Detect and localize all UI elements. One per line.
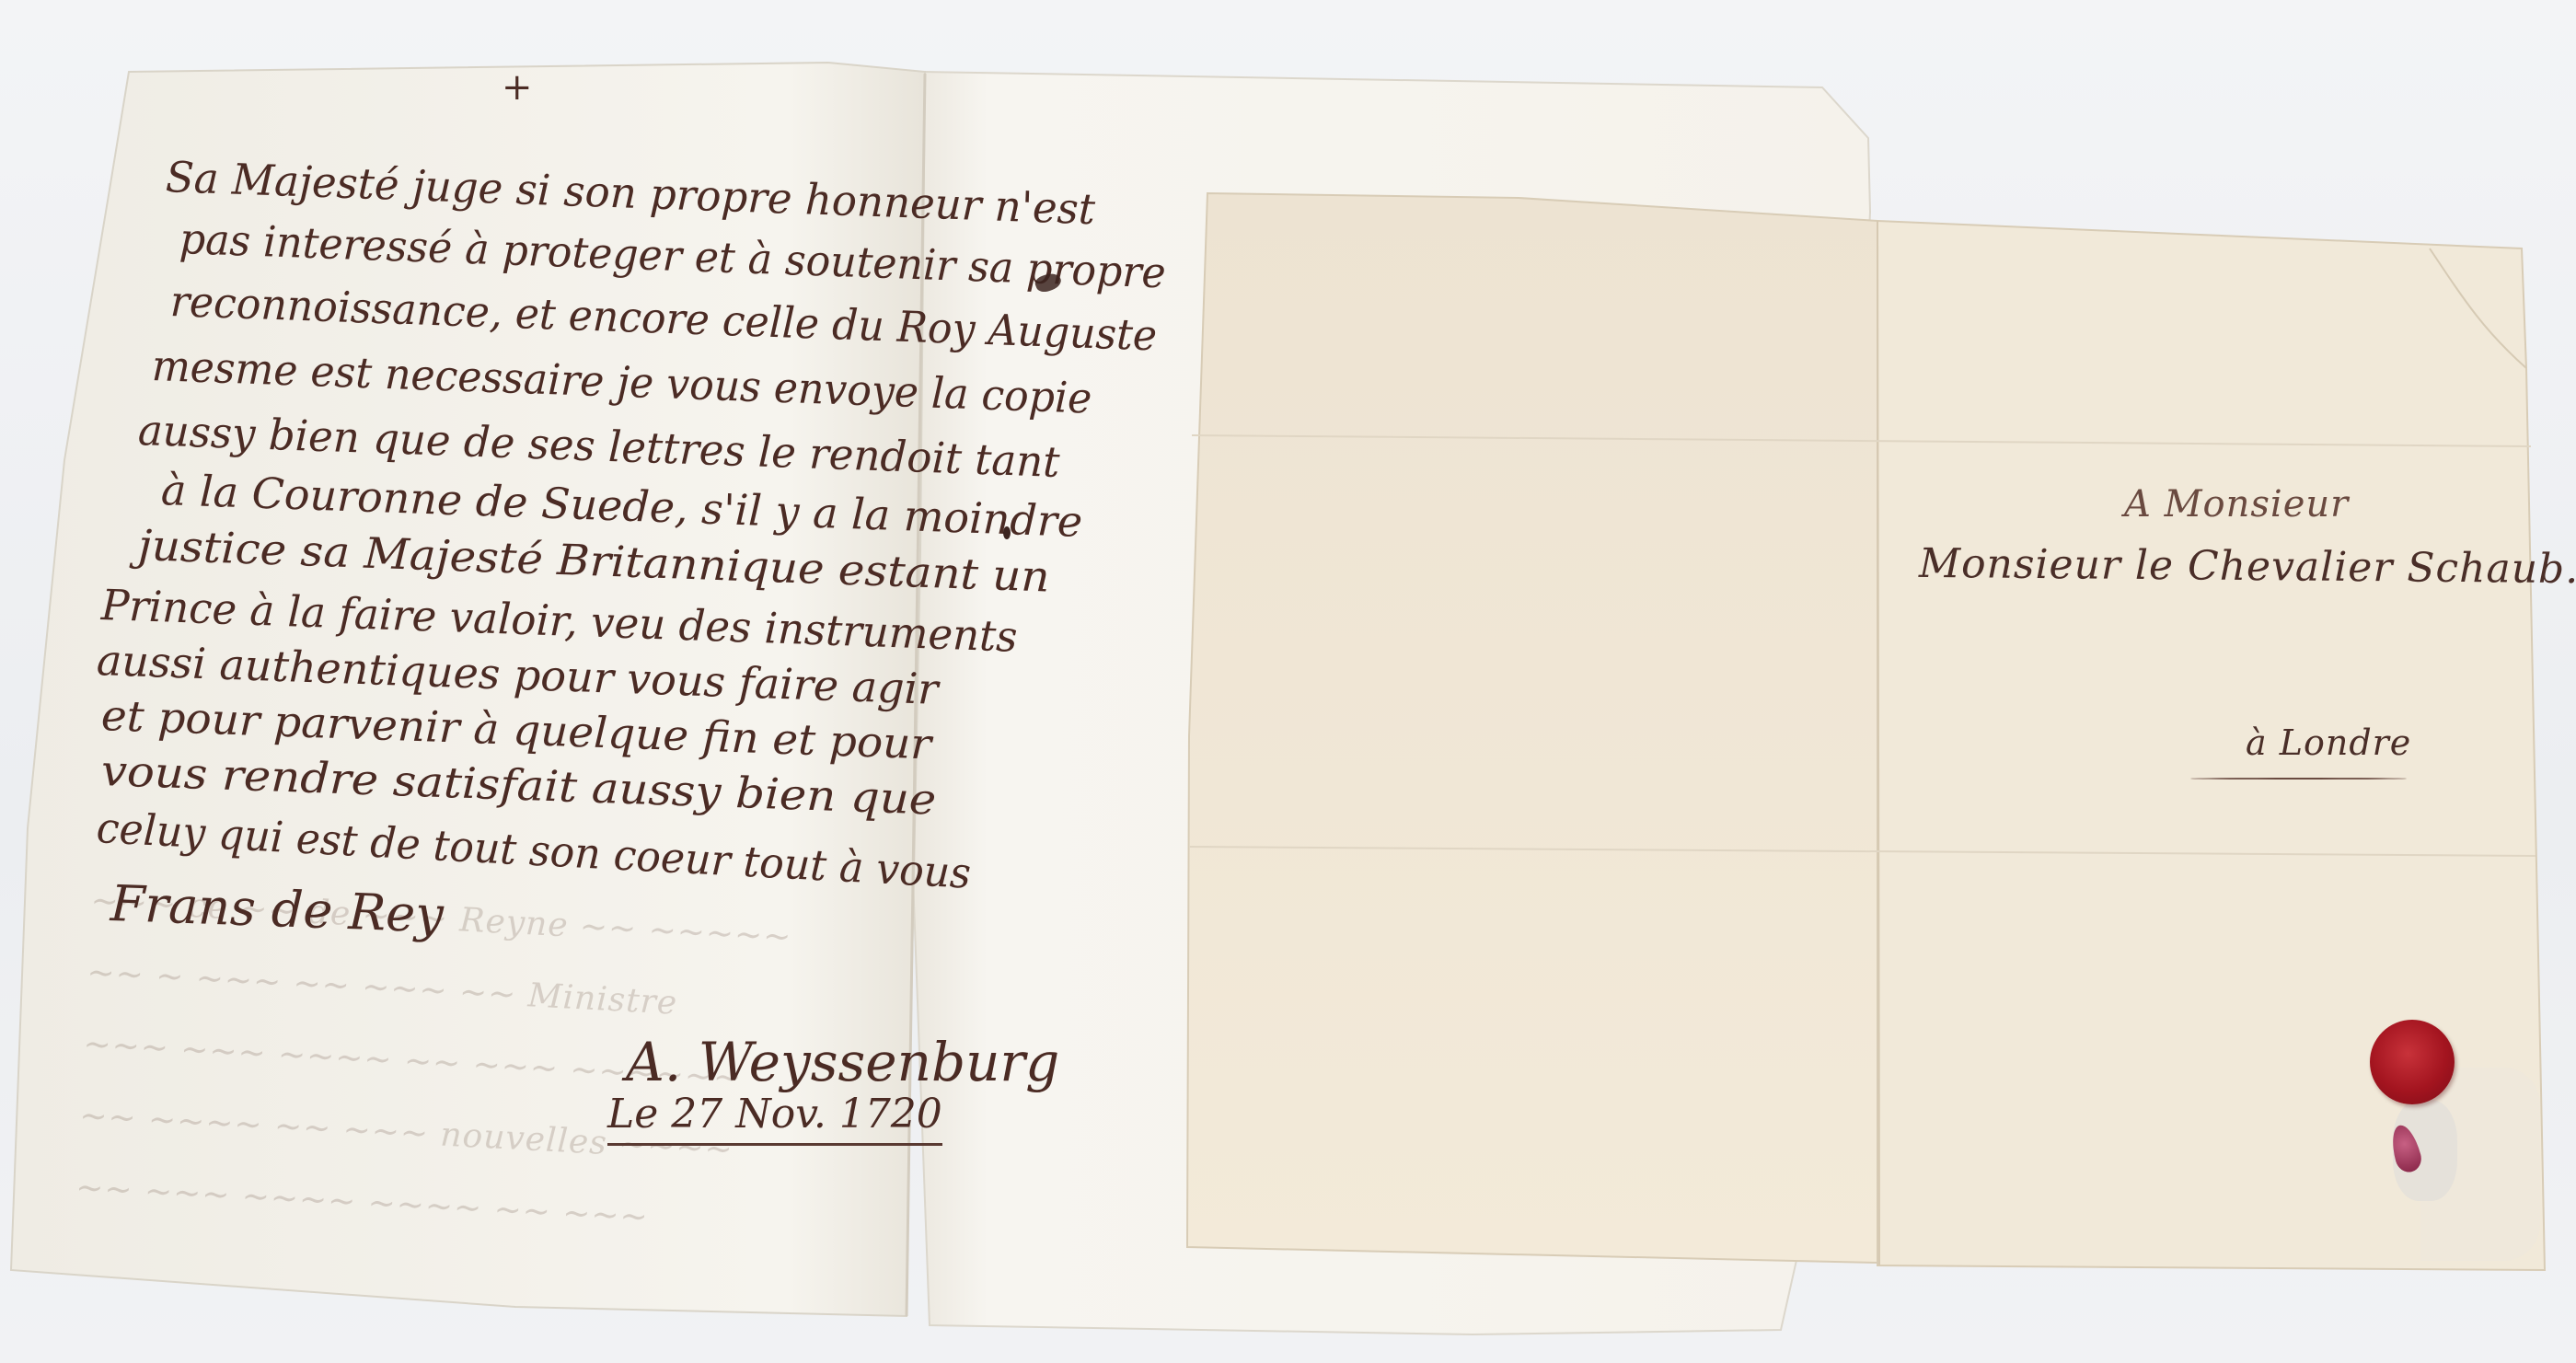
- ink-dot: [1003, 526, 1011, 539]
- address-line-2: Monsieur le Chevalier Schaub.: [1919, 540, 2576, 593]
- wax-seal: [2370, 1020, 2455, 1104]
- address-line-1: A Monsieur: [2124, 483, 2349, 526]
- letter-closing: Frans de Rey: [110, 874, 445, 944]
- address-underline: [2190, 778, 2407, 780]
- page-marker: +: [502, 66, 533, 109]
- letter-date: Le 27 Nov. 1720: [607, 1091, 942, 1146]
- address-line-3: à Londre: [2246, 722, 2411, 763]
- address-leaf-left-panel: [1187, 193, 1877, 1263]
- signature: A. Weyssenburg: [626, 1031, 1059, 1093]
